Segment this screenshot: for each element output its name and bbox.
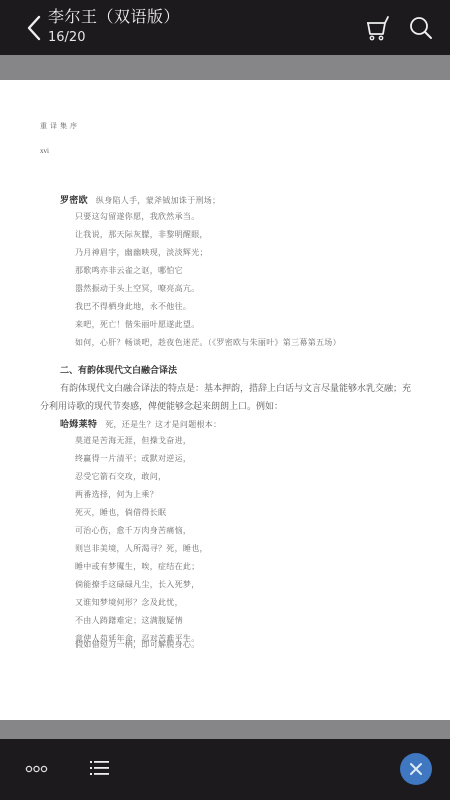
verse-line: 只要这勾留遂你愿，我欣然承当。 xyxy=(75,211,200,222)
verse-line: 来吧，死亡！偕朱丽叶愿遂此望。 xyxy=(75,319,200,330)
section-heading: 二、有韵体现代文白融合译法 xyxy=(60,363,177,376)
speaker-name: 哈姆莱特 xyxy=(60,420,97,430)
bottom-toolbar xyxy=(0,739,450,800)
cart-icon xyxy=(364,14,392,42)
verse-line: 可治心伤，愈千万肉身苦痛恼， xyxy=(75,525,191,536)
list-icon xyxy=(89,759,111,777)
page-indicator: 16/20 xyxy=(48,29,180,47)
verse-line: 我巴不得栖身此地，永不他往。 xyxy=(75,301,191,312)
speaker-name: 罗密欧 xyxy=(60,196,88,206)
search-icon xyxy=(408,14,434,42)
page-gutter-bottom xyxy=(0,720,450,739)
verse-line: 莫道是苦海无涯，但操戈奋进， xyxy=(75,435,191,446)
page-number: xvi xyxy=(40,147,49,155)
verse-line: 倘能撩手这碌碌凡尘，长入死梦， xyxy=(75,579,200,590)
document-page[interactable]: 重译集序 xvi 罗密欧纵身陷人手，蒙斧钺加诛于刑场； 只要这勾留遂你愿，我欣然… xyxy=(0,80,450,720)
verse-line: 死灭，睡也，倘借得长眠 xyxy=(75,507,166,518)
verse-first-line: 哈姆莱特死，还是生？这才是问题根本： xyxy=(60,417,221,430)
verse-line: 睡中或有梦魇生，唉，症结在此； xyxy=(75,561,200,572)
paragraph-line: 分利用诗歌的现代节奏感，俾便能够念起来朗朗上口。例如： xyxy=(40,399,283,412)
verse-line: 忍受它箭石交攻，敢问， xyxy=(75,471,166,482)
verse-first-line: 罗密欧纵身陷人手，蒙斧钺加诛于刑场； xyxy=(60,193,220,206)
more-button[interactable] xyxy=(24,761,50,775)
chevron-left-icon xyxy=(24,14,46,42)
top-app-bar: 李尔王（双语版） 16/20 xyxy=(0,0,450,55)
verse-line: 则岂非美境，人所渴寻？死，睡也， xyxy=(75,543,208,554)
verse-line: 不由人踌躇难定；这满腹疑情 xyxy=(75,615,183,626)
verse-line: 如何，心肝？畅谈吧，趁夜色迷茫。（《罗密欧与朱丽叶》第三幕第五场） xyxy=(75,337,341,348)
verse-line: 假如借短刀一柄，即可解脱身心。 xyxy=(75,639,200,650)
more-dots-icon xyxy=(24,762,50,776)
verse-line: 乃月神眉宇，幽幽映现，淡淡辉光； xyxy=(75,247,208,258)
running-head: 重译集序 xyxy=(40,121,80,131)
back-button[interactable] xyxy=(24,14,46,42)
verse-line: 让我说，那天际灰朦，非黎明醒眼， xyxy=(75,229,208,240)
verse-line: 终赢得一片清平；或默对逆运， xyxy=(75,453,191,464)
search-button[interactable] xyxy=(408,14,434,42)
close-button[interactable] xyxy=(400,753,432,785)
close-icon xyxy=(409,762,423,776)
verse-line: 两番选择，何为上乘？ xyxy=(75,489,158,500)
paragraph-line: 有韵体现代文白融合译法的特点是：基本押韵，措辞上白话与文言尽量能够水乳交融；充 xyxy=(60,381,411,394)
verse-line: 嚣然振动于头上空冥，嘹亮高亢。 xyxy=(75,283,200,294)
table-of-contents-button[interactable] xyxy=(89,759,111,777)
verse-line: 那歌鸣亦非云雀之讴，哪怕它 xyxy=(75,265,183,276)
cart-button[interactable] xyxy=(364,14,392,42)
book-title: 李尔王（双语版） xyxy=(48,6,180,28)
page-gutter-top xyxy=(0,55,450,80)
verse-line: 又谁知梦境何形？念及此忧， xyxy=(75,597,183,608)
title-block: 李尔王（双语版） 16/20 xyxy=(48,6,180,47)
